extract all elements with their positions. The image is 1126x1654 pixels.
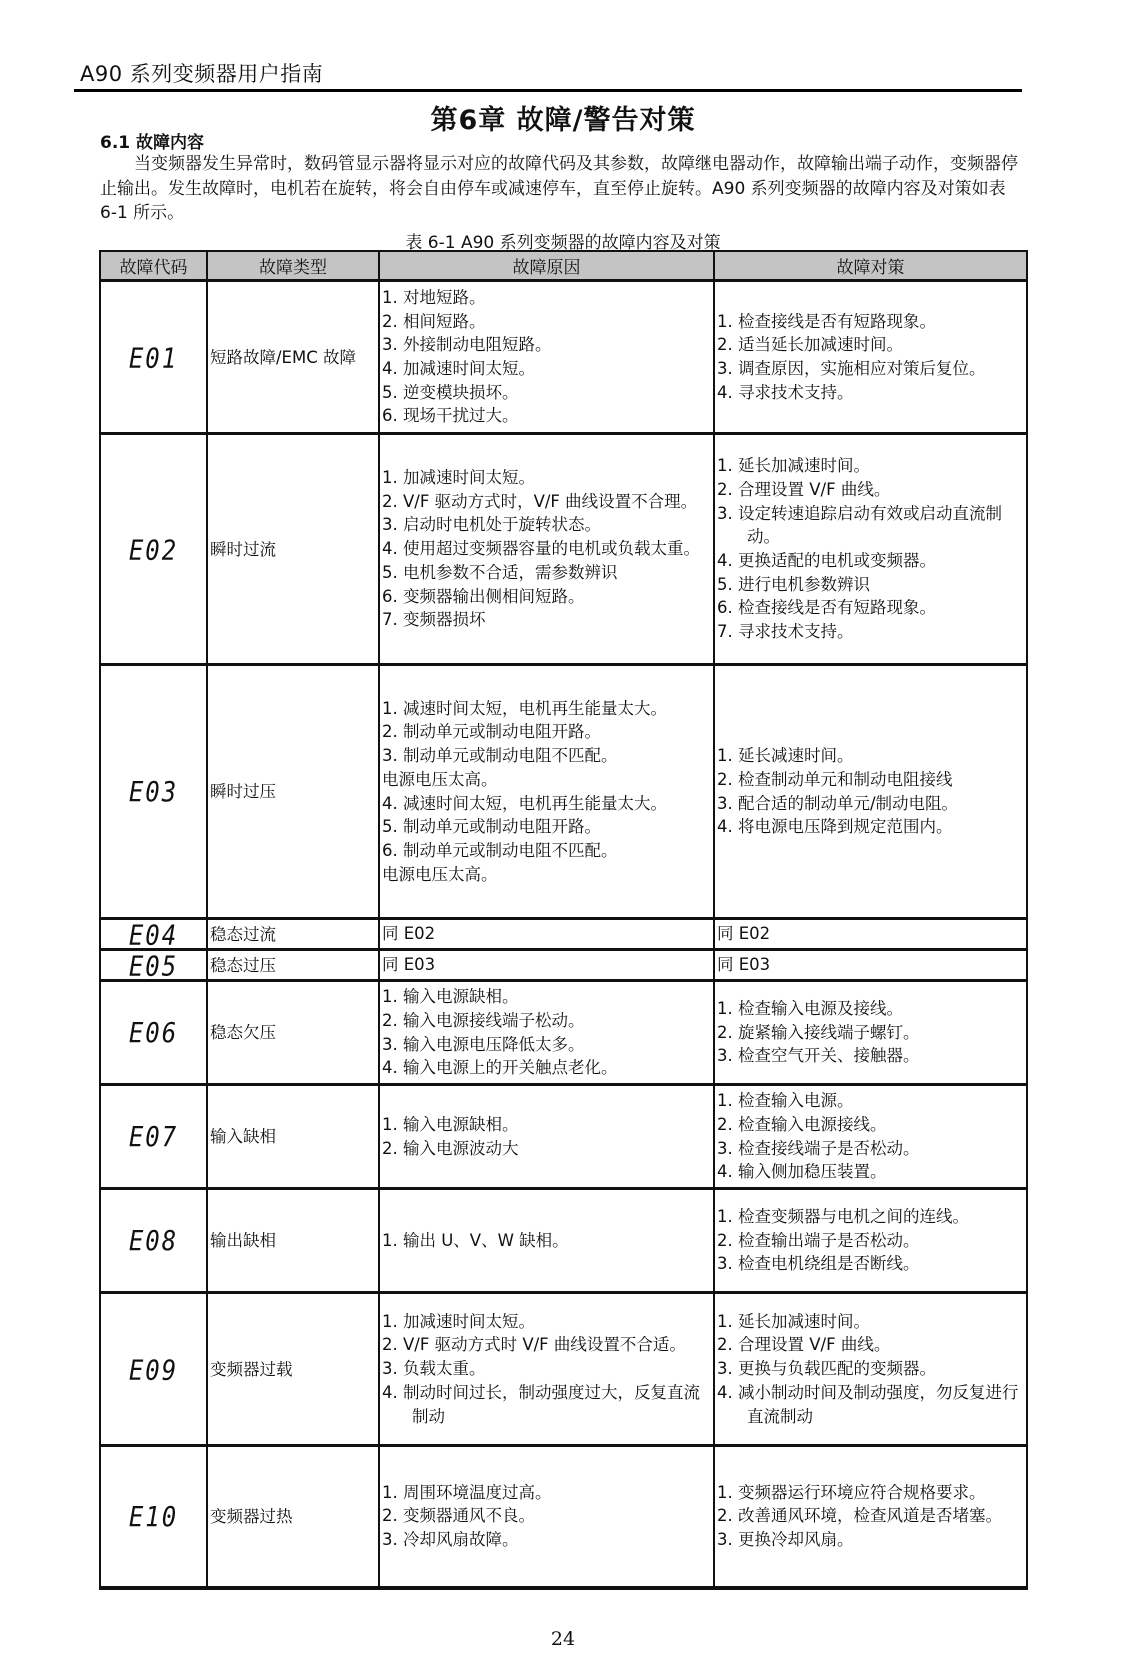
remedy-item: 5. 进行电机参数辨识 bbox=[717, 573, 1024, 597]
remedy-list: 同 E02 bbox=[717, 922, 1024, 946]
fault-code: E10 bbox=[100, 1435, 207, 1598]
table-row: E03瞬时过压1. 减速时间太短，电机再生能量太大。2. 制动单元或制动电阻开路… bbox=[100, 665, 1027, 919]
cause-item: 3. 启动时电机处于旋转状态。 bbox=[382, 513, 711, 537]
cause-item: 4. 加减速时间太短。 bbox=[382, 357, 711, 381]
cause-item: 2. 相间短路。 bbox=[382, 310, 711, 334]
cause-item: 1. 输出 U、V、W 缺相。 bbox=[382, 1229, 711, 1253]
remedy-list: 1. 检查接线是否有短路现象。2. 适当延长加减速时间。3. 调查原因，实施相应… bbox=[717, 310, 1024, 405]
fault-code: E03 bbox=[100, 645, 207, 937]
cause-item: 1. 加减速时间太短。 bbox=[382, 1310, 711, 1334]
cause-item: 6. 变频器输出侧相间短路。 bbox=[382, 585, 711, 609]
remedy-item: 3. 检查空气开关、接触器。 bbox=[717, 1044, 1024, 1068]
fault-causes: 1. 减速时间太短，电机再生能量太大。2. 制动单元或制动电阻开路。3. 制动单… bbox=[379, 665, 714, 919]
section-title: 6.1 故障内容 bbox=[100, 128, 204, 153]
table-row: E05稳态过压同 E03同 E03 bbox=[100, 950, 1027, 981]
cause-item: 2. 输入电源波动大 bbox=[382, 1137, 711, 1161]
remedy-item: 2. 适当延长加减速时间。 bbox=[717, 333, 1024, 357]
remedy-list: 1. 变频器运行环境应符合规格要求。2. 改善通风环境，检查风道是否堵塞。3. … bbox=[717, 1481, 1024, 1552]
fault-type: 稳态欠压 bbox=[207, 981, 379, 1085]
remedy-item: 2. 合理设置 V/F 曲线。 bbox=[717, 478, 1024, 502]
remedy-item: 3. 设定转速追踪启动有效或启动直流制动。 bbox=[717, 502, 1024, 549]
cause-item: 1. 对地短路。 bbox=[382, 286, 711, 310]
cause-item: 4. 减速时间太短，电机再生能量太大。 bbox=[382, 792, 711, 816]
cause-item: 3. 冷却风扇故障。 bbox=[382, 1528, 711, 1552]
table-row: E01短路故障/EMC 故障1. 对地短路。2. 相间短路。3. 外接制动电阻短… bbox=[100, 281, 1027, 434]
cause-item: 同 E02 bbox=[382, 922, 711, 946]
cause-item: 同 E03 bbox=[382, 953, 711, 977]
fault-causes: 同 E02 bbox=[379, 919, 714, 950]
cause-item: 电源电压太高。 bbox=[382, 768, 711, 792]
fault-causes: 1. 输入电源缺相。2. 输入电源接线端子松动。3. 输入电源电压降低太多。4.… bbox=[379, 981, 714, 1085]
fault-causes: 1. 周围环境温度过高。2. 变频器通风不良。3. 冷却风扇故障。 bbox=[379, 1446, 714, 1588]
cause-list: 1. 减速时间太短，电机再生能量太大。2. 制动单元或制动电阻开路。3. 制动单… bbox=[382, 697, 711, 887]
table-body: E01短路故障/EMC 故障1. 对地短路。2. 相间短路。3. 外接制动电阻短… bbox=[100, 281, 1027, 1588]
header-remedy: 故障对策 bbox=[714, 251, 1027, 281]
fault-code: E06 bbox=[100, 973, 207, 1093]
remedy-item: 2. 检查输入电源接线。 bbox=[717, 1113, 1024, 1137]
cause-item: 4. 使用超过变频器容量的电机或负载太重。 bbox=[382, 537, 711, 561]
remedy-list: 1. 延长加减速时间。2. 合理设置 V/F 曲线。3. 设定转速追踪启动有效或… bbox=[717, 454, 1024, 644]
header-cause: 故障原因 bbox=[379, 251, 714, 281]
cause-list: 1. 输入电源缺相。2. 输入电源接线端子松动。3. 输入电源电压降低太多。4.… bbox=[382, 985, 711, 1080]
fault-type: 瞬时过压 bbox=[207, 665, 379, 919]
remedy-item: 4. 更换适配的电机或变频器。 bbox=[717, 549, 1024, 573]
cause-list: 同 E03 bbox=[382, 953, 711, 977]
header-type: 故障类型 bbox=[207, 251, 379, 281]
fault-code: E04 bbox=[100, 916, 207, 952]
cause-list: 1. 输出 U、V、W 缺相。 bbox=[382, 1229, 711, 1253]
remedy-item: 2. 改善通风环境，检查风道是否堵塞。 bbox=[717, 1504, 1024, 1528]
table-row: E07输入缺相1. 输入电源缺相。2. 输入电源波动大1. 检查输入电源。2. … bbox=[100, 1085, 1027, 1189]
page-number: 24 bbox=[0, 1628, 1126, 1650]
fault-type: 变频器过热 bbox=[207, 1446, 379, 1588]
fault-code: E07 bbox=[100, 1077, 207, 1197]
fault-table: 故障代码 故障类型 故障原因 故障对策 E01短路故障/EMC 故障1. 对地短… bbox=[99, 250, 1028, 1590]
remedy-item: 3. 更换与负载匹配的变频器。 bbox=[717, 1357, 1024, 1381]
fault-code: E02 bbox=[100, 416, 207, 682]
cause-item: 6. 制动单元或制动电阻不匹配。 bbox=[382, 839, 711, 863]
remedy-item: 3. 检查电机绕组是否断线。 bbox=[717, 1252, 1024, 1276]
remedy-item: 4. 将电源电压降到规定范围内。 bbox=[717, 815, 1024, 839]
fault-causes: 1. 对地短路。2. 相间短路。3. 外接制动电阻短路。4. 加减速时间太短。5… bbox=[379, 281, 714, 434]
cause-item: 3. 输入电源电压降低太多。 bbox=[382, 1033, 711, 1057]
cause-item: 2. V/F 驱动方式时，V/F 曲线设置不合理。 bbox=[382, 490, 711, 514]
intro-text: 当变频器发生异常时，数码管显示器将显示对应的故障代码及其参数，故障继电器动作，故… bbox=[100, 152, 1020, 226]
remedy-item: 3. 更换冷却风扇。 bbox=[717, 1528, 1024, 1552]
fault-remedies: 1. 延长加减速时间。2. 合理设置 V/F 曲线。3. 设定转速追踪启动有效或… bbox=[714, 434, 1027, 665]
cause-item: 3. 负载太重。 bbox=[382, 1357, 711, 1381]
fault-remedies: 同 E02 bbox=[714, 919, 1027, 950]
intro-paragraph: 当变频器发生异常时，数码管显示器将显示对应的故障代码及其参数，故障继电器动作，故… bbox=[100, 152, 1020, 226]
fault-remedies: 1. 检查接线是否有短路现象。2. 适当延长加减速时间。3. 调查原因，实施相应… bbox=[714, 281, 1027, 434]
remedy-item: 2. 旋紧输入接线端子螺钉。 bbox=[717, 1021, 1024, 1045]
cause-item: 6. 现场干扰过大。 bbox=[382, 404, 711, 428]
fault-type: 变频器过载 bbox=[207, 1293, 379, 1446]
remedy-list: 1. 延长加减速时间。2. 合理设置 V/F 曲线。3. 更换与负载匹配的变频器… bbox=[717, 1310, 1024, 1429]
fault-remedies: 1. 变频器运行环境应符合规格要求。2. 改善通风环境，检查风道是否堵塞。3. … bbox=[714, 1446, 1027, 1588]
remedy-item: 同 E03 bbox=[717, 953, 1024, 977]
remedy-item: 1. 延长加减速时间。 bbox=[717, 454, 1024, 478]
cause-item: 3. 外接制动电阻短路。 bbox=[382, 333, 711, 357]
remedy-item: 4. 减小制动时间及制动强度，勿反复进行直流制动 bbox=[717, 1381, 1024, 1428]
remedy-item: 1. 检查接线是否有短路现象。 bbox=[717, 310, 1024, 334]
cause-item: 5. 电机参数不合适，需参数辨识 bbox=[382, 561, 711, 585]
remedy-item: 2. 检查输出端子是否松动。 bbox=[717, 1229, 1024, 1253]
remedy-list: 1. 检查输入电源及接线。2. 旋紧输入接线端子螺钉。3. 检查空气开关、接触器… bbox=[717, 997, 1024, 1068]
remedy-item: 2. 合理设置 V/F 曲线。 bbox=[717, 1333, 1024, 1357]
cause-item: 4. 制动时间过长，制动强度过大，反复直流制动 bbox=[382, 1381, 711, 1428]
remedy-item: 1. 检查输入电源。 bbox=[717, 1089, 1024, 1113]
table-row: E08输出缺相1. 输出 U、V、W 缺相。1. 检查变频器与电机之间的连线。2… bbox=[100, 1189, 1027, 1293]
cause-item: 2. 制动单元或制动电阻开路。 bbox=[382, 720, 711, 744]
fault-type: 输出缺相 bbox=[207, 1189, 379, 1293]
cause-item: 5. 逆变模块损坏。 bbox=[382, 381, 711, 405]
header-rule bbox=[74, 89, 1022, 92]
fault-type: 瞬时过流 bbox=[207, 434, 379, 665]
cause-list: 同 E02 bbox=[382, 922, 711, 946]
cause-item: 1. 减速时间太短，电机再生能量太大。 bbox=[382, 697, 711, 721]
cause-item: 电源电压太高。 bbox=[382, 863, 711, 887]
remedy-item: 3. 配合适的制动单元/制动电阻。 bbox=[717, 792, 1024, 816]
fault-causes: 同 E03 bbox=[379, 950, 714, 981]
fault-causes: 1. 输出 U、V、W 缺相。 bbox=[379, 1189, 714, 1293]
remedy-item: 1. 延长加减速时间。 bbox=[717, 1310, 1024, 1334]
cause-list: 1. 加减速时间太短。2. V/F 驱动方式时，V/F 曲线设置不合理。3. 启… bbox=[382, 466, 711, 632]
remedy-item: 同 E02 bbox=[717, 922, 1024, 946]
cause-item: 1. 周围环境温度过高。 bbox=[382, 1481, 711, 1505]
remedy-list: 同 E03 bbox=[717, 953, 1024, 977]
running-header: A90 系列变频器用户指南 bbox=[80, 58, 323, 88]
cause-item: 7. 变频器损坏 bbox=[382, 608, 711, 632]
fault-code: E09 bbox=[100, 1281, 207, 1457]
table-row: E02瞬时过流1. 加减速时间太短。2. V/F 驱动方式时，V/F 曲线设置不… bbox=[100, 434, 1027, 665]
fault-remedies: 1. 检查输入电源及接线。2. 旋紧输入接线端子螺钉。3. 检查空气开关、接触器… bbox=[714, 981, 1027, 1085]
remedy-item: 1. 延长减速时间。 bbox=[717, 744, 1024, 768]
remedy-item: 2. 检查制动单元和制动电阻接线 bbox=[717, 768, 1024, 792]
table-row: E06稳态欠压1. 输入电源缺相。2. 输入电源接线端子松动。3. 输入电源电压… bbox=[100, 981, 1027, 1085]
remedy-item: 3. 调查原因，实施相应对策后复位。 bbox=[717, 357, 1024, 381]
cause-list: 1. 输入电源缺相。2. 输入电源波动大 bbox=[382, 1113, 711, 1160]
cause-item: 3. 制动单元或制动电阻不匹配。 bbox=[382, 744, 711, 768]
fault-remedies: 同 E03 bbox=[714, 950, 1027, 981]
table-row: E09变频器过载1. 加减速时间太短。2. V/F 驱动方式时 V/F 曲线设置… bbox=[100, 1293, 1027, 1446]
remedy-item: 1. 检查输入电源及接线。 bbox=[717, 997, 1024, 1021]
remedy-list: 1. 检查输入电源。2. 检查输入电源接线。3. 检查接线端子是否松动。4. 输… bbox=[717, 1089, 1024, 1184]
fault-remedies: 1. 检查变频器与电机之间的连线。2. 检查输出端子是否松动。3. 检查电机绕组… bbox=[714, 1189, 1027, 1293]
remedy-item: 4. 输入侧加稳压装置。 bbox=[717, 1160, 1024, 1184]
remedy-item: 4. 寻求技术支持。 bbox=[717, 381, 1024, 405]
fault-remedies: 1. 延长加减速时间。2. 合理设置 V/F 曲线。3. 更换与负载匹配的变频器… bbox=[714, 1293, 1027, 1446]
remedy-list: 1. 检查变频器与电机之间的连线。2. 检查输出端子是否松动。3. 检查电机绕组… bbox=[717, 1205, 1024, 1276]
cause-list: 1. 加减速时间太短。2. V/F 驱动方式时 V/F 曲线设置不合适。3. 负… bbox=[382, 1310, 711, 1429]
fault-remedies: 1. 检查输入电源。2. 检查输入电源接线。3. 检查接线端子是否松动。4. 输… bbox=[714, 1085, 1027, 1189]
cause-item: 2. 输入电源接线端子松动。 bbox=[382, 1009, 711, 1033]
remedy-list: 1. 延长减速时间。2. 检查制动单元和制动电阻接线3. 配合适的制动单元/制动… bbox=[717, 744, 1024, 839]
table-row: E10变频器过热1. 周围环境温度过高。2. 变频器通风不良。3. 冷却风扇故障… bbox=[100, 1446, 1027, 1588]
remedy-item: 1. 检查变频器与电机之间的连线。 bbox=[717, 1205, 1024, 1229]
fault-remedies: 1. 延长减速时间。2. 检查制动单元和制动电阻接线3. 配合适的制动单元/制动… bbox=[714, 665, 1027, 919]
cause-item: 1. 输入电源缺相。 bbox=[382, 985, 711, 1009]
table-header-row: 故障代码 故障类型 故障原因 故障对策 bbox=[100, 251, 1027, 281]
cause-item: 5. 制动单元或制动电阻开路。 bbox=[382, 815, 711, 839]
cause-item: 4. 输入电源上的开关触点老化。 bbox=[382, 1056, 711, 1080]
cause-item: 2. 变频器通风不良。 bbox=[382, 1504, 711, 1528]
fault-causes: 1. 输入电源缺相。2. 输入电源波动大 bbox=[379, 1085, 714, 1189]
fault-type: 稳态过流 bbox=[207, 919, 379, 950]
cause-item: 2. V/F 驱动方式时 V/F 曲线设置不合适。 bbox=[382, 1333, 711, 1357]
cause-item: 1. 加减速时间太短。 bbox=[382, 466, 711, 490]
fault-causes: 1. 加减速时间太短。2. V/F 驱动方式时，V/F 曲线设置不合理。3. 启… bbox=[379, 434, 714, 665]
fault-causes: 1. 加减速时间太短。2. V/F 驱动方式时 V/F 曲线设置不合适。3. 负… bbox=[379, 1293, 714, 1446]
cause-list: 1. 周围环境温度过高。2. 变频器通风不良。3. 冷却风扇故障。 bbox=[382, 1481, 711, 1552]
fault-type: 短路故障/EMC 故障 bbox=[207, 281, 379, 434]
remedy-item: 7. 寻求技术支持。 bbox=[717, 620, 1024, 644]
table-row: E04稳态过流同 E02同 E02 bbox=[100, 919, 1027, 950]
fault-type: 输入缺相 bbox=[207, 1085, 379, 1189]
remedy-item: 1. 变频器运行环境应符合规格要求。 bbox=[717, 1481, 1024, 1505]
remedy-item: 3. 检查接线端子是否松动。 bbox=[717, 1137, 1024, 1161]
fault-type: 稳态过压 bbox=[207, 950, 379, 981]
cause-list: 1. 对地短路。2. 相间短路。3. 外接制动电阻短路。4. 加减速时间太短。5… bbox=[382, 286, 711, 428]
remedy-item: 6. 检查接线是否有短路现象。 bbox=[717, 596, 1024, 620]
cause-item: 1. 输入电源缺相。 bbox=[382, 1113, 711, 1137]
